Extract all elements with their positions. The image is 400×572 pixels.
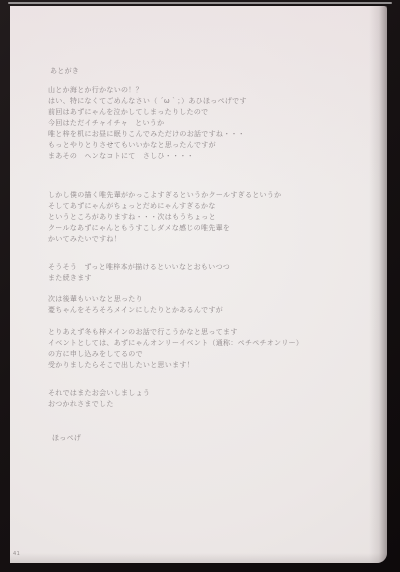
afterword-title: あとがき	[50, 66, 79, 77]
photo-border: あとがき 山とか海とか行かないの！？ はい、特になくてごめんなさい（ ´ω｀；）…	[0, 0, 400, 572]
paragraph-1: 山とか海とか行かないの！？ はい、特になくてごめんなさい（ ´ω｀；）あひほっぺ…	[48, 85, 247, 162]
scanned-page: あとがき 山とか海とか行かないの！？ はい、特になくてごめんなさい（ ´ω｀；）…	[10, 6, 387, 563]
paragraph-2: しかし僕の描く唯先輩がかっこよすぎるというかクールすぎるというか そしてあずにゃ…	[48, 190, 281, 245]
page-top-edge-highlight	[8, 2, 392, 4]
paragraph-4: 次は後輩もいいなと思ったり 憂ちゃんをそろそろメインにしたりとかあるんですが	[48, 294, 223, 316]
page-number: 41	[13, 551, 20, 557]
paragraph-6: それではまたお会いしましょう おつかれさまでした	[48, 388, 150, 410]
paragraph-3: そうそう ずっと唯梓本が描けるといいなとおもいつつ また続きます	[48, 262, 230, 284]
author-signature: ほっぺげ	[52, 433, 81, 444]
paragraph-5: とりあえず冬も梓メインのお話で行こうかなと思ってます イベントとしては、あずにゃ…	[48, 327, 303, 371]
